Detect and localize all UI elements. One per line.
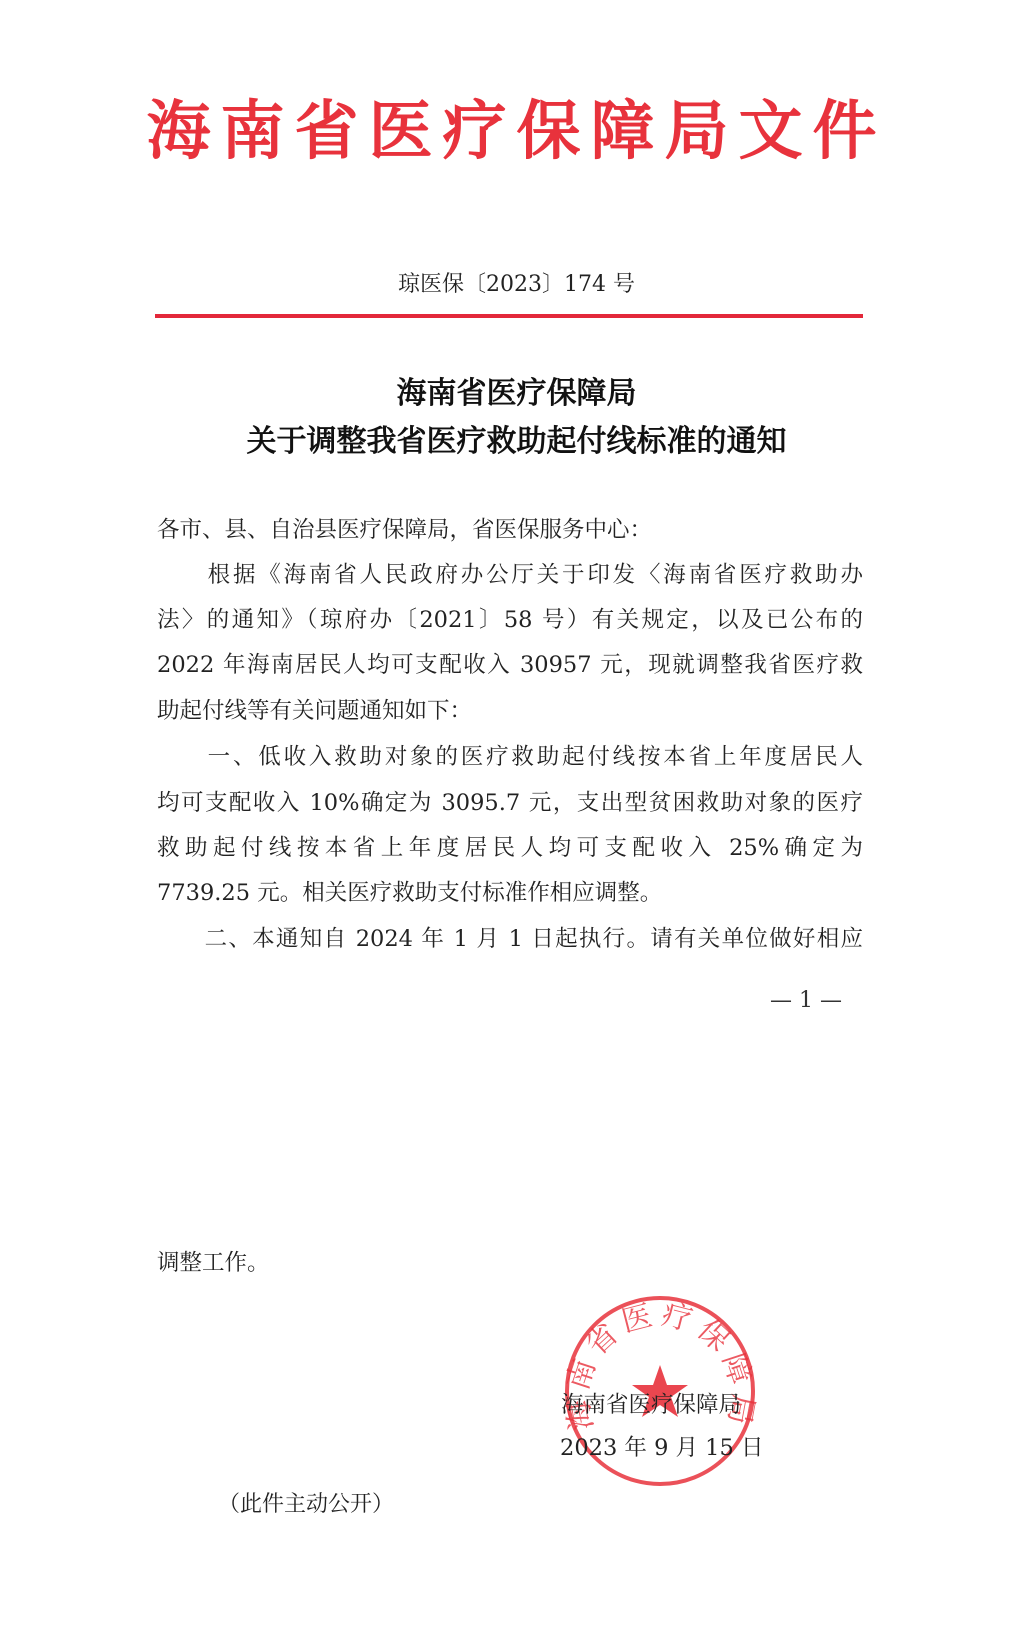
red-divider-line [155,314,863,318]
body-line: 均可支配收入 10%确定为 3095.7 元，支出型贫困救助对象的医疗 [157,786,863,820]
body-line: 助起付线等有关问题通知如下： [157,694,863,728]
body-line: 二、本通知自 2024 年 1 月 1 日起执行。请有关单位做好相应 [157,922,863,956]
document-number: 琼医保〔2023〕174 号 [0,268,1033,302]
page-number: — 1 — [770,986,842,1016]
body-line: 法〉的通知》（琼府办〔2021〕58 号）有关规定，以及已公布的 [157,603,863,637]
body-line: 7739.25 元。相关医疗救助支付标准作相应调整。 [157,876,863,910]
signature-date: 2023 年 9 月 15 日 [560,1431,763,1465]
disclosure-note: （此件主动公开） [218,1488,394,1522]
salutation: 各市、县、自治县医疗保障局，省医保服务中心： [157,513,863,547]
body-line: 2022 年海南居民人均可支配收入 30957 元，现就调整我省医疗救 [157,648,863,682]
body-line: 救助起付线按本省上年度居民人均可支配收入 25%确定为 [157,831,863,865]
notice-title-line2: 关于调整我省医疗救助起付线标准的通知 [0,420,1033,464]
body-continuation: 调整工作。 [157,1246,863,1280]
signature-organization: 海南省医疗保障局 [561,1388,741,1422]
body-line: 根据《海南省人民政府办公厅关于印发〈海南省医疗救助办 [157,558,863,592]
document-header-title: 海南省医疗保障局文件 [0,92,1033,172]
notice-title-line1: 海南省医疗保障局 [0,372,1033,416]
body-line: 一、低收入救助对象的医疗救助起付线按本省上年度居民人 [157,740,863,774]
